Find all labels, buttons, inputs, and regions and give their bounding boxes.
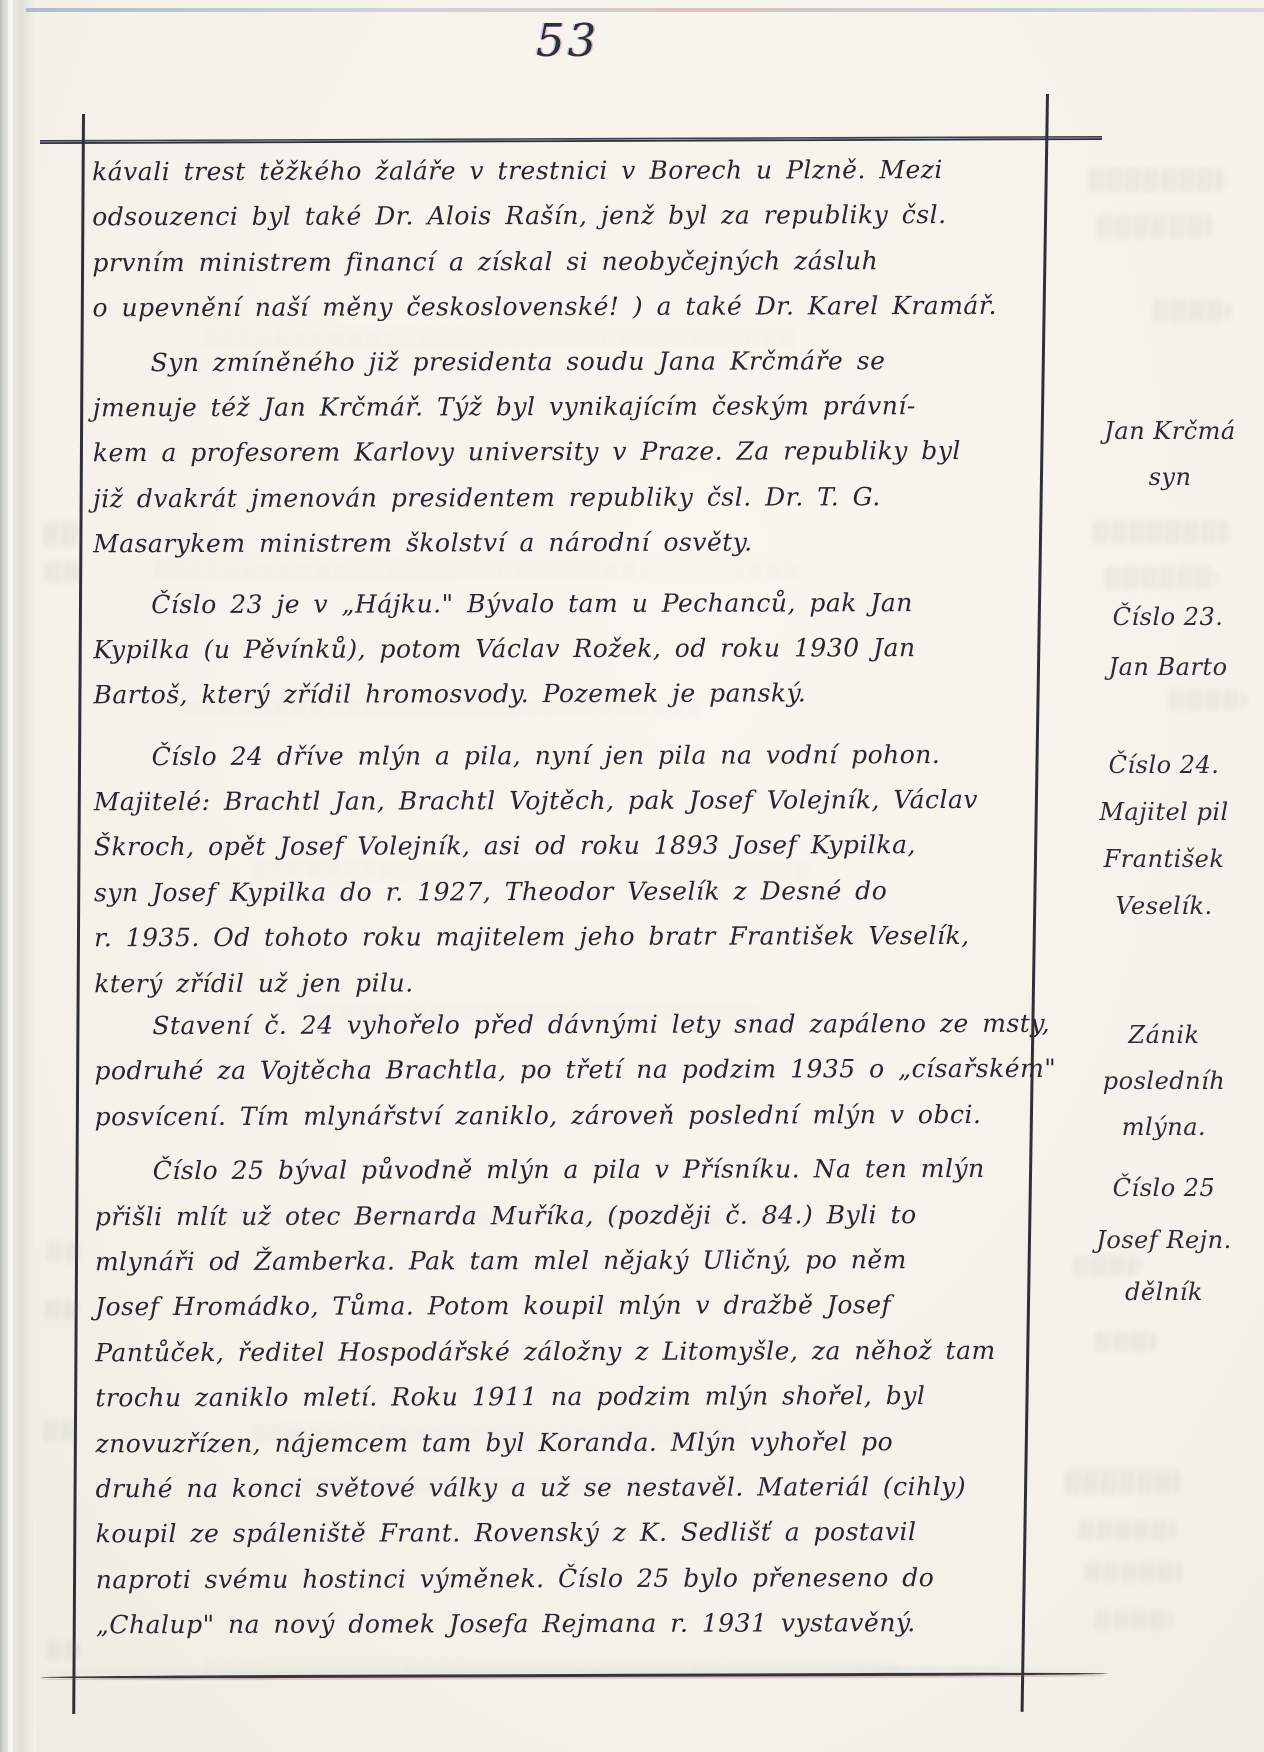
margin-note: Zánik posledníh mlýna. [1068, 1012, 1260, 1150]
bleed-through-smudge [1102, 566, 1217, 588]
margin-note-line: Jan Barto [1072, 642, 1264, 692]
paragraph: Číslo 23 je v „Hájku." Bývalo tam u Pech… [93, 579, 1051, 718]
margin-note: Číslo 23. Jan Barto [1072, 592, 1264, 692]
margin-note-line: Veselík. [1068, 883, 1260, 930]
bleed-through-smudge [1094, 214, 1212, 238]
handwritten-line: Kypilka (u Pěvínků), potom Václav Rožek,… [93, 625, 1051, 673]
handwritten-line: Majitelé: Brachtl Jan, Brachtl Vojtěch, … [94, 777, 1052, 825]
margin-note-line: František [1068, 836, 1260, 883]
margin-note-line: posledníh [1068, 1058, 1260, 1104]
handwritten-line: trochu zaniklo mletí. Roku 1911 na podzi… [95, 1373, 1053, 1421]
bleed-through-smudge [1092, 1332, 1156, 1352]
margin-note-line: Číslo 23. [1072, 592, 1264, 642]
margin-note-line: Číslo 25 [1068, 1162, 1260, 1214]
bleed-through-smudge [1086, 168, 1226, 192]
scanned-chronicle-page: 53 kávali trest těžkého žaláře v trestni… [0, 0, 1264, 1752]
margin-note: Jan Krčmá syn [1074, 408, 1264, 500]
handwritten-line: posvícení. Tím mlynářství zaniklo, zárov… [95, 1092, 1053, 1140]
margin-note-line: Číslo 24. [1068, 742, 1260, 789]
margin-note: Číslo 24. Majitel pil František Veselík. [1068, 742, 1260, 930]
margin-note-line: mlýna. [1068, 1104, 1260, 1150]
bleed-through-smudge [300, 1478, 720, 1494]
handwritten-body: kávali trest těžkého žaláře v trestnici … [92, 147, 1054, 1648]
handwritten-line: Číslo 25 býval původně mlýn a pila v Pří… [95, 1146, 1053, 1194]
bleed-through-smudge [200, 328, 800, 348]
bleed-through-smudge [1062, 1470, 1182, 1494]
bleed-through-smudge [40, 1420, 80, 1442]
margin-note-line: Majitel pil [1068, 789, 1260, 836]
handwritten-line: kávali trest těžkého žaláře v trestnici … [92, 147, 1050, 195]
left-margin-line [72, 114, 84, 1714]
margin-note-line: Jan Krčmá [1074, 408, 1264, 454]
bleed-through-smudge [1150, 300, 1230, 322]
top-rule-line [40, 136, 1102, 144]
bleed-through-smudge [44, 1242, 80, 1262]
paragraph: Stavení č. 24 vyhořelo před dávnými lety… [94, 1001, 1052, 1140]
paragraph: Syn zmíněného již presidenta soudu Jana … [93, 337, 1052, 566]
bleed-through-smudge [42, 562, 80, 582]
page-number: 53 [536, 14, 599, 67]
bleed-through-smudge [300, 1002, 760, 1020]
handwritten-line: kem a profesorem Karlovy university v Pr… [93, 428, 1051, 476]
bleed-through-smudge [44, 1640, 80, 1660]
handwritten-line: odsouzenci byl také Dr. Alois Rašín, jen… [92, 192, 1050, 240]
handwritten-line: již dvakrát jmenován presidentem republi… [93, 473, 1051, 521]
bleed-through-smudge [180, 700, 700, 718]
margin-note-line: syn [1074, 454, 1264, 500]
handwritten-line: Číslo 24 dříve mlýn a pila, nyní jen pil… [94, 731, 1052, 779]
handwritten-line: o upevnění naší měny československé! ) a… [92, 283, 1050, 331]
handwritten-line: Číslo 23 je v „Hájku." Bývalo tam u Pech… [93, 579, 1051, 627]
bleed-through-smudge [1070, 1255, 1140, 1275]
bleed-through-smudge [250, 1424, 750, 1442]
book-edge-shadow [0, 0, 36, 1752]
margin-note-line: Zánik [1068, 1012, 1260, 1058]
handwritten-line: prvním ministrem financí a získal si neo… [92, 238, 1050, 286]
bleed-through-smudge [1092, 1610, 1172, 1630]
handwritten-line: mlynáři od Žamberka. Pak tam mlel nějaký… [95, 1237, 1053, 1285]
bleed-through-smudge [1076, 1520, 1176, 1540]
bleed-through-smudge [1082, 1562, 1182, 1582]
handwritten-line: r. 1935. Od tohoto roku majitelem jeho b… [94, 913, 1052, 961]
bleed-through-smudge [40, 522, 80, 546]
bleed-through-smudge [42, 1300, 78, 1320]
handwritten-line: Pantůček, ředitel Hospodářské záložny z … [95, 1328, 1053, 1376]
handwritten-line: „Chalup" na nový domek Josefa Rejmana r.… [96, 1600, 1054, 1648]
bleed-through-smudge [1090, 520, 1230, 544]
scan-edge-artifact [26, 8, 1264, 12]
handwritten-line: koupil ze spáleniště Frant. Rovenský z K… [96, 1509, 1054, 1557]
handwritten-line: jmenuje též Jan Krčmář. Týž byl vynikají… [93, 383, 1051, 431]
bleed-through-smudge [1166, 690, 1246, 710]
bleed-through-smudge [200, 1658, 900, 1674]
bleed-through-smudge [250, 862, 810, 880]
bleed-through-smudge [150, 560, 800, 580]
handwritten-line: Josef Hromádko, Tůma. Potom koupil mlýn … [95, 1282, 1053, 1330]
paragraph: kávali trest těžkého žaláře v trestnici … [92, 147, 1050, 331]
handwritten-line: naproti svému hostinci výměnek. Číslo 25… [96, 1554, 1054, 1602]
handwritten-line: který zřídil už jen pilu. [94, 958, 1052, 1006]
bleed-through-smudge [200, 1210, 800, 1228]
margin-note: Číslo 25 Josef Rejn. dělník [1068, 1162, 1260, 1318]
handwritten-line: podruhé za Vojtěcha Brachtla, po třetí n… [94, 1046, 1052, 1094]
